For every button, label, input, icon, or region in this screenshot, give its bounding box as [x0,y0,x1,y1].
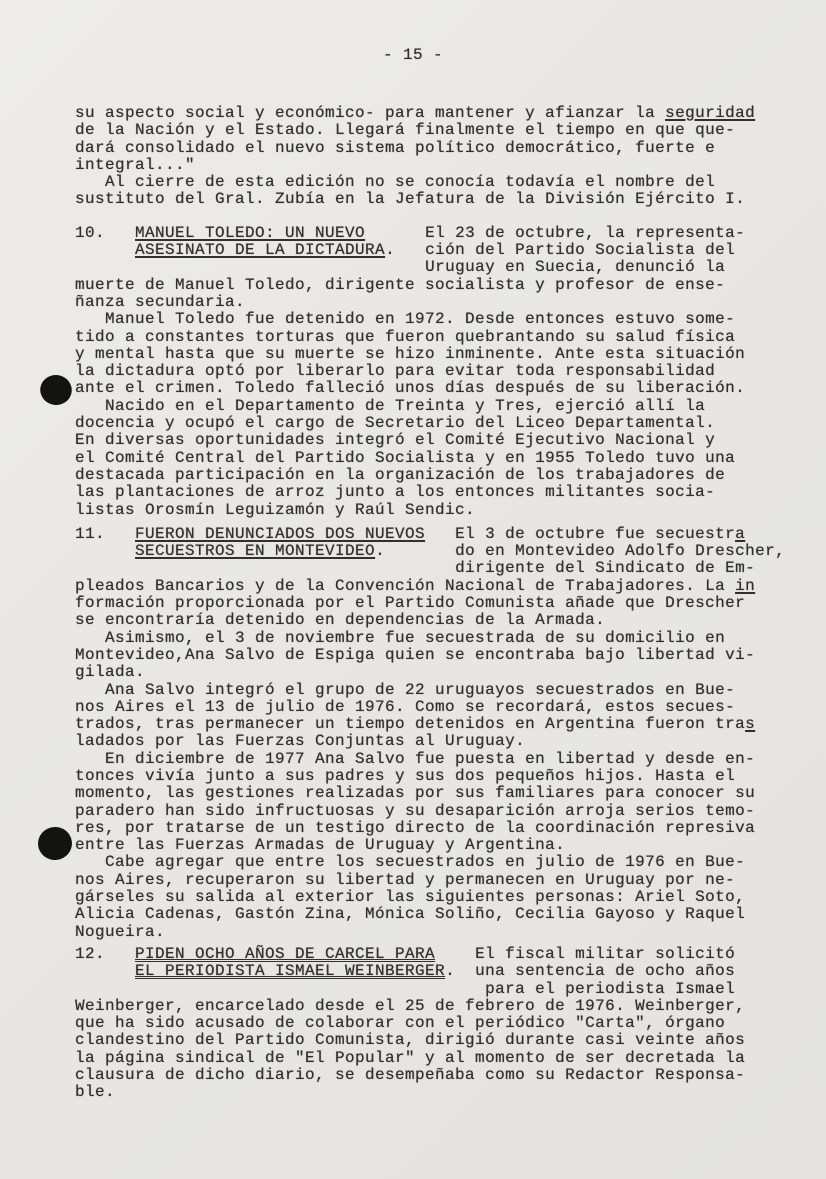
scanned-document-page: - 15 - su aspecto social y económico- pa… [0,0,826,1179]
text-line: tonces vivía junto a sus padres y sus do… [75,768,785,785]
text-segment: nos Aires, recuperaron su libertad y per… [75,871,735,889]
text-segment: ble. [75,1083,115,1101]
text-line: las plantaciones de arroz junto a los en… [75,484,785,501]
text-line: dirigente del Sindicato de Em- [75,560,785,577]
text-segment: su aspecto social y económico- para mant… [75,104,665,122]
text-line: listas Orosmín Leguizamón y Raúl Sendic. [75,502,785,519]
text-segment: sustituto del Gral. Zubía en la Jefatura… [75,190,745,208]
text-line: 10. MANUEL TOLEDO: UN NUEVO El 23 de oct… [75,225,785,242]
text-line: su aspecto social y económico- para mant… [75,105,785,122]
text-segment: 11. [75,525,135,543]
text-line: Alicia Cadenas, Gastón Zina, Mónica Soli… [75,906,785,923]
underlined-text: a [735,525,745,543]
text-segment: integral..." [75,156,195,174]
text-segment: El fiscal militar solicitó [475,945,735,963]
text-line: y mental hasta que su muerte se hizo inm… [75,346,785,363]
text-segment: paradero han sido infructuosas y su desa… [75,802,755,820]
underlined-text: EL PERIODISTA ISMAEL WEINBERGER [135,962,445,980]
text-line: formación proporcionada por el Partido C… [75,595,785,612]
text-segment [435,945,475,963]
text-line: el Comité Central del Partido Socialista… [75,450,785,467]
text-line: la página sindical de "El Popular" y al … [75,1050,785,1067]
text-line: muerte de Manuel Toledo, dirigente socia… [75,277,785,294]
text-segment: pleados Bancarios y de la Convención Nac… [75,577,735,595]
underlined-text: seguridad [665,104,755,122]
text-segment: Nogueira. [75,923,165,941]
text-segment: la página sindical de "El Popular" y al … [75,1049,745,1067]
underlined-text: FUERON DENUNCIADOS DOS NUEVOS [135,525,425,543]
text-line: para el periodista Ismael [75,981,785,998]
text-segment: que ha sido acusado de colaborar con el … [75,1014,725,1032]
text-line: que ha sido acusado de colaborar con el … [75,1015,785,1032]
document-body: su aspecto social y económico- para mant… [75,105,785,1102]
text-segment: entre las Fuerzas Armadas de Uruguay y A… [75,836,565,854]
text-line: se encontraría detenido en dependencias … [75,612,785,629]
text-segment: nos Aires el 13 de julio de 1976. Como s… [75,698,735,716]
text-line: Ana Salvo integró el grupo de 22 uruguay… [75,682,785,699]
text-line: Cabe agregar que entre los secuestrados … [75,854,785,871]
text-line: sustituto del Gral. Zubía en la Jefatura… [75,191,785,208]
text-segment: clandestino del Partido Comunista, dirig… [75,1031,745,1049]
text-segment: Asimismo, el 3 de noviembre fue secuestr… [75,629,725,647]
text-line: En diversas oportunidades integró el Com… [75,432,785,449]
text-line: la dictadura optó por liberarlo para evi… [75,363,785,380]
text-segment: trados, tras permanecer un tiempo deteni… [75,715,745,733]
text-segment: destacada participación en la organizaci… [75,466,725,484]
text-segment: 12. [75,945,135,963]
text-segment: la dictadura optó por liberarlo para evi… [75,362,715,380]
text-segment: En diciembre de 1977 Ana Salvo fue puest… [75,750,755,768]
text-line: clausura de dicho diario, se desempeñaba… [75,1067,785,1084]
paragraph-gap [75,209,785,225]
text-line: trados, tras permanecer un tiempo deteni… [75,716,785,733]
text-line: SECUESTROS EN MONTEVIDEO. do en Montevid… [75,543,785,560]
text-segment: y mental hasta que su muerte se hizo inm… [75,345,745,363]
text-line: nos Aires, recuperaron su libertad y per… [75,872,785,889]
text-segment: dará consolidado el nuevo sistema políti… [75,139,715,157]
text-segment: do en Montevideo Adolfo Drescher, [455,542,785,560]
text-line: En diciembre de 1977 Ana Salvo fue puest… [75,751,785,768]
punch-hole-mark-top [38,373,73,407]
text-segment: ante el crimen. Toledo falleció unos día… [75,379,745,397]
text-segment: Cabe agregar que entre los secuestrados … [75,853,745,871]
text-segment: formación proporcionada por el Partido C… [75,594,745,612]
text-line: 11. FUERON DENUNCIADOS DOS NUEVOS El 3 d… [75,526,785,543]
text-segment: Al cierre de esta edición no se conocía … [75,173,715,191]
text-segment: muerte de Manuel Toledo, dirigente socia… [75,276,725,294]
text-line: Montevideo,Ana Salvo de Espiga quien se … [75,647,785,664]
text-line: tido a constantes torturas que fueron qu… [75,329,785,346]
text-segment: clausura de dicho diario, se desempeñaba… [75,1066,745,1084]
text-line: Uruguay en Suecia, denunció la [75,259,785,276]
text-line: Al cierre de esta edición no se conocía … [75,174,785,191]
text-segment: Ana Salvo integró el grupo de 22 uruguay… [75,681,735,699]
text-segment: las plantaciones de arroz junto a los en… [75,483,715,501]
text-segment: 10. [75,224,135,242]
text-line: ble. [75,1084,785,1101]
text-segment: ción del Partido Socialista del [425,241,735,259]
text-segment: gilada. [75,663,145,681]
text-line: Nacido en el Departamento de Treinta y T… [75,398,785,415]
text-segment: res, por tratarse de un testigo directo … [75,819,755,837]
text-line: Asimismo, el 3 de noviembre fue secuestr… [75,630,785,647]
text-line: docencia y ocupó el cargo de Secretario … [75,415,785,432]
text-line: Weinberger, encarcelado desde el 25 de f… [75,998,785,1015]
text-segment: se encontraría detenido en dependencias … [75,611,605,629]
text-line: gárseles su salida al exterior las sigui… [75,889,785,906]
text-line: ladados por las Fuerzas Conjuntas al Uru… [75,733,785,750]
text-line: momento, las gestiones realizadas por su… [75,785,785,802]
text-segment: de la Nación y el Estado. Llegará finalm… [75,121,735,139]
underlined-text: ASESINATO DE LA DICTADURA [135,241,385,259]
text-line: 12. PIDEN OCHO AÑOS DE CARCEL PARA El fi… [75,946,785,963]
text-segment: El 3 de octubre fue secuestr [455,525,735,543]
text-line: integral..." [75,157,785,174]
text-line: entre las Fuerzas Armadas de Uruguay y A… [75,837,785,854]
text-segment: listas Orosmín Leguizamón y Raúl Sendic. [75,501,475,519]
underlined-text: MANUEL TOLEDO: UN NUEVO [135,224,365,242]
text-segment [75,241,135,259]
page-number: - 15 - [383,46,443,64]
text-segment [365,224,425,242]
underlined-text: PIDEN OCHO AÑOS DE CARCEL PARA [135,945,435,963]
text-segment: ladados por las Fuerzas Conjuntas al Uru… [75,732,525,750]
text-line: ñanza secundaria. [75,294,785,311]
text-line: paradero han sido infructuosas y su desa… [75,803,785,820]
text-line: res, por tratarse de un testigo directo … [75,820,785,837]
text-line: Manuel Toledo fue detenido en 1972. Desd… [75,311,785,328]
underlined-text: s [745,715,755,733]
text-segment: ñanza secundaria. [75,293,245,311]
text-line: dará consolidado el nuevo sistema políti… [75,140,785,157]
text-segment: gárseles su salida al exterior las sigui… [75,888,745,906]
text-segment: tido a constantes torturas que fueron qu… [75,328,735,346]
text-line: EL PERIODISTA ISMAEL WEINBERGER. una sen… [75,963,785,980]
text-segment [75,559,455,577]
text-line: nos Aires el 13 de julio de 1976. Como s… [75,699,785,716]
text-line: gilada. [75,664,785,681]
text-line: ASESINATO DE LA DICTADURA. ción del Part… [75,242,785,259]
text-segment: Montevideo,Ana Salvo de Espiga quien se … [75,646,755,664]
text-segment: tonces vivía junto a sus padres y sus do… [75,767,735,785]
text-segment: . [375,542,455,560]
text-segment [75,542,135,560]
text-segment: En diversas oportunidades integró el Com… [75,431,715,449]
text-segment: dirigente del Sindicato de Em- [455,559,755,577]
text-segment [75,258,425,276]
text-line: clandestino del Partido Comunista, dirig… [75,1032,785,1049]
text-segment: Nacido en el Departamento de Treinta y T… [75,397,705,415]
punch-hole-mark-bottom [36,825,73,861]
text-segment [75,980,485,998]
text-segment [75,962,135,980]
text-segment: el Comité Central del Partido Socialista… [75,449,735,467]
text-segment: El 23 de octubre, la representa- [425,224,745,242]
text-line: destacada participación en la organizaci… [75,467,785,484]
text-line: Nogueira. [75,924,785,941]
text-segment: . [385,241,425,259]
text-line: de la Nación y el Estado. Llegará finalm… [75,122,785,139]
underlined-text: in [735,577,755,595]
text-segment: Weinberger, encarcelado desde el 25 de f… [75,997,745,1015]
text-segment: Manuel Toledo fue detenido en 1972. Desd… [75,310,735,328]
text-segment: para el periodista Ismael [485,980,735,998]
underlined-text: SECUESTROS EN MONTEVIDEO [135,542,375,560]
text-segment: . [445,962,475,980]
text-line: pleados Bancarios y de la Convención Nac… [75,578,785,595]
text-segment [425,525,455,543]
text-segment: momento, las gestiones realizadas por su… [75,784,755,802]
text-segment: una sentencia de ocho años [475,962,735,980]
text-segment: docencia y ocupó el cargo de Secretario … [75,414,715,432]
text-segment: Alicia Cadenas, Gastón Zina, Mónica Soli… [75,905,745,923]
text-segment: Uruguay en Suecia, denunció la [425,258,725,276]
text-line: ante el crimen. Toledo falleció unos día… [75,380,785,397]
